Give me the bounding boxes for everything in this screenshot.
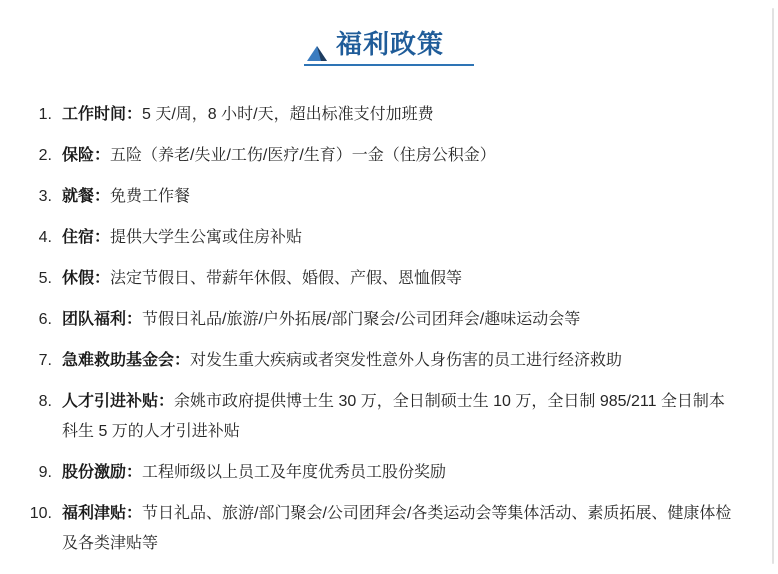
list-item-number: 8. (10, 387, 52, 447)
list-item-desc: 节假日礼品/旅游/户外拓展/部门聚会/公司团拜会/趣味运动会等 (142, 311, 580, 328)
list-item-term: 就餐： (62, 188, 110, 205)
benefits-list: 1. 工作时间：5 天/周，8 小时/天，超出标准支付加班费 2. 保险：五险（… (0, 100, 778, 559)
list-item-term: 团队福利： (62, 311, 142, 328)
list-item-term: 人才引进补贴： (62, 393, 174, 410)
list-item-term: 工作时间： (62, 106, 142, 123)
list-item-term: 福利津贴： (62, 505, 142, 522)
list-item-desc: 法定节假日、带薪年休假、婚假、产假、恩恤假等 (110, 270, 462, 287)
list-item-term: 休假： (62, 270, 110, 287)
list-item: 7. 急难救助基金会：对发生重大疾病或者突发性意外人身伤害的员工进行经济救助 (10, 346, 737, 376)
list-item: 6. 团队福利：节假日礼品/旅游/户外拓展/部门聚会/公司团拜会/趣味运动会等 (10, 305, 737, 335)
document-page: 福利政策 1. 工作时间：5 天/周，8 小时/天，超出标准支付加班费 2. 保… (0, 0, 778, 574)
list-item: 10. 福利津贴：节日礼品、旅游/部门聚会/公司团拜会/各类运动会等集体活动、素… (10, 499, 737, 559)
list-item-desc: 提供大学生公寓或住房补贴 (110, 229, 302, 246)
list-item: 5. 休假：法定节假日、带薪年休假、婚假、产假、恩恤假等 (10, 264, 737, 294)
list-item-desc: 免费工作餐 (110, 188, 190, 205)
list-item: 4. 住宿：提供大学生公寓或住房补贴 (10, 223, 737, 253)
list-item-number: 2. (10, 141, 52, 171)
list-item: 8. 人才引进补贴：余姚市政府提供博士生 30 万，全日制硕士生 10 万，全日… (10, 387, 737, 447)
list-item: 1. 工作时间：5 天/周，8 小时/天，超出标准支付加班费 (10, 100, 737, 130)
section-header: 福利政策 (0, 28, 778, 66)
list-item-desc: 对发生重大疾病或者突发性意外人身伤害的员工进行经济救助 (190, 352, 622, 369)
list-item-desc: 节日礼品、旅游/部门聚会/公司团拜会/各类运动会等集体活动、素质拓展、健康体检及… (62, 505, 731, 552)
page-title: 福利政策 (336, 28, 444, 62)
title-underline: 福利政策 (304, 28, 474, 66)
list-item-number: 6. (10, 305, 52, 335)
list-item-desc: 5 天/周，8 小时/天，超出标准支付加班费 (142, 106, 434, 123)
triangle-icon (306, 45, 330, 62)
list-item: 9. 股份激励：工程师级以上员工及年度优秀员工股份奖励 (10, 458, 737, 488)
list-item-number: 1. (10, 100, 52, 130)
list-item-number: 7. (10, 346, 52, 376)
list-item-number: 9. (10, 458, 52, 488)
list-item-term: 股份激励： (62, 464, 142, 481)
list-item-term: 住宿： (62, 229, 110, 246)
list-item: 3. 就餐：免费工作餐 (10, 182, 737, 212)
list-item-term: 保险： (62, 147, 110, 164)
list-item-term: 急难救助基金会： (62, 352, 190, 369)
list-item-number: 3. (10, 182, 52, 212)
list-item-number: 5. (10, 264, 52, 294)
list-item-desc: 五险（养老/失业/工伤/医疗/生育）一金（住房公积金） (110, 147, 496, 164)
page-edge-line (772, 8, 774, 564)
list-item-desc: 工程师级以上员工及年度优秀员工股份奖励 (142, 464, 446, 481)
list-item: 2. 保险：五险（养老/失业/工伤/医疗/生育）一金（住房公积金） (10, 141, 737, 171)
list-item-number: 4. (10, 223, 52, 253)
list-item-number: 10. (10, 499, 52, 559)
